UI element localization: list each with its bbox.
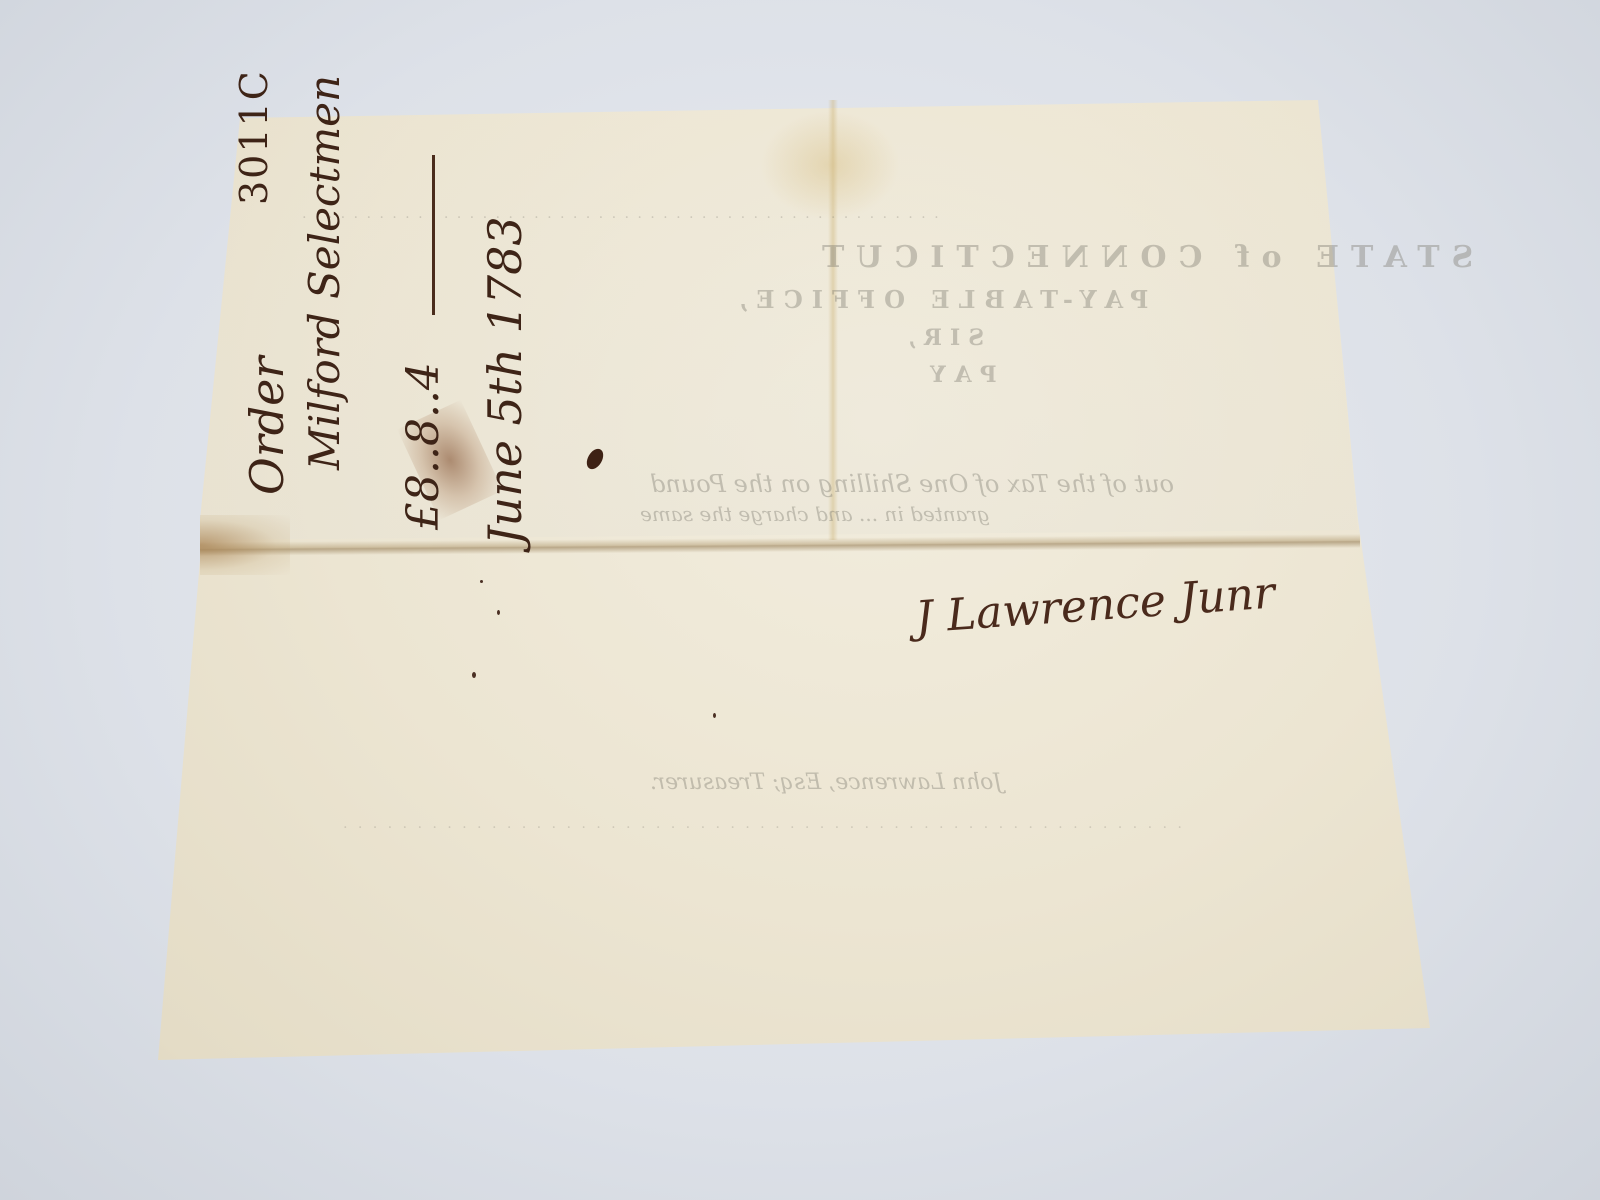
ink-speck	[497, 610, 500, 615]
fold-tear-stain	[200, 515, 290, 575]
ink-speck	[472, 672, 476, 678]
ink-speck	[713, 713, 716, 718]
show-through-body-line2: granted in ... and charge the same	[640, 502, 990, 526]
show-through-salutation: SIR,	[900, 325, 984, 351]
show-through-office: PAY-TABLE OFFICE,	[730, 285, 1148, 314]
ink-speck	[480, 580, 483, 583]
show-through-heading: STATE of CONNECTICUT	[810, 240, 1473, 275]
endorsement-date: June 5th 1783	[478, 216, 532, 545]
endorsement-order-label: Order	[240, 357, 294, 495]
show-through-treasurer: John Lawrence, Esq; Treasurer.	[650, 770, 1002, 795]
endorsement-dash	[432, 155, 435, 315]
show-through-border: · · · · · · · · · · · · · · · · · · · · …	[300, 210, 939, 226]
endorsement-order-number: 3011C	[232, 69, 276, 205]
endorsement-payee: Milford Selectmen	[300, 75, 349, 470]
endorsement-amount: £8..8..4	[398, 362, 449, 530]
show-through-border-bottom: · · · · · · · · · · · · · · · · · · · · …	[340, 820, 1182, 836]
show-through-body-line1: out of the Tax of One Shilling on the Po…	[650, 470, 1174, 498]
show-through-pay: PAY	[920, 362, 997, 388]
